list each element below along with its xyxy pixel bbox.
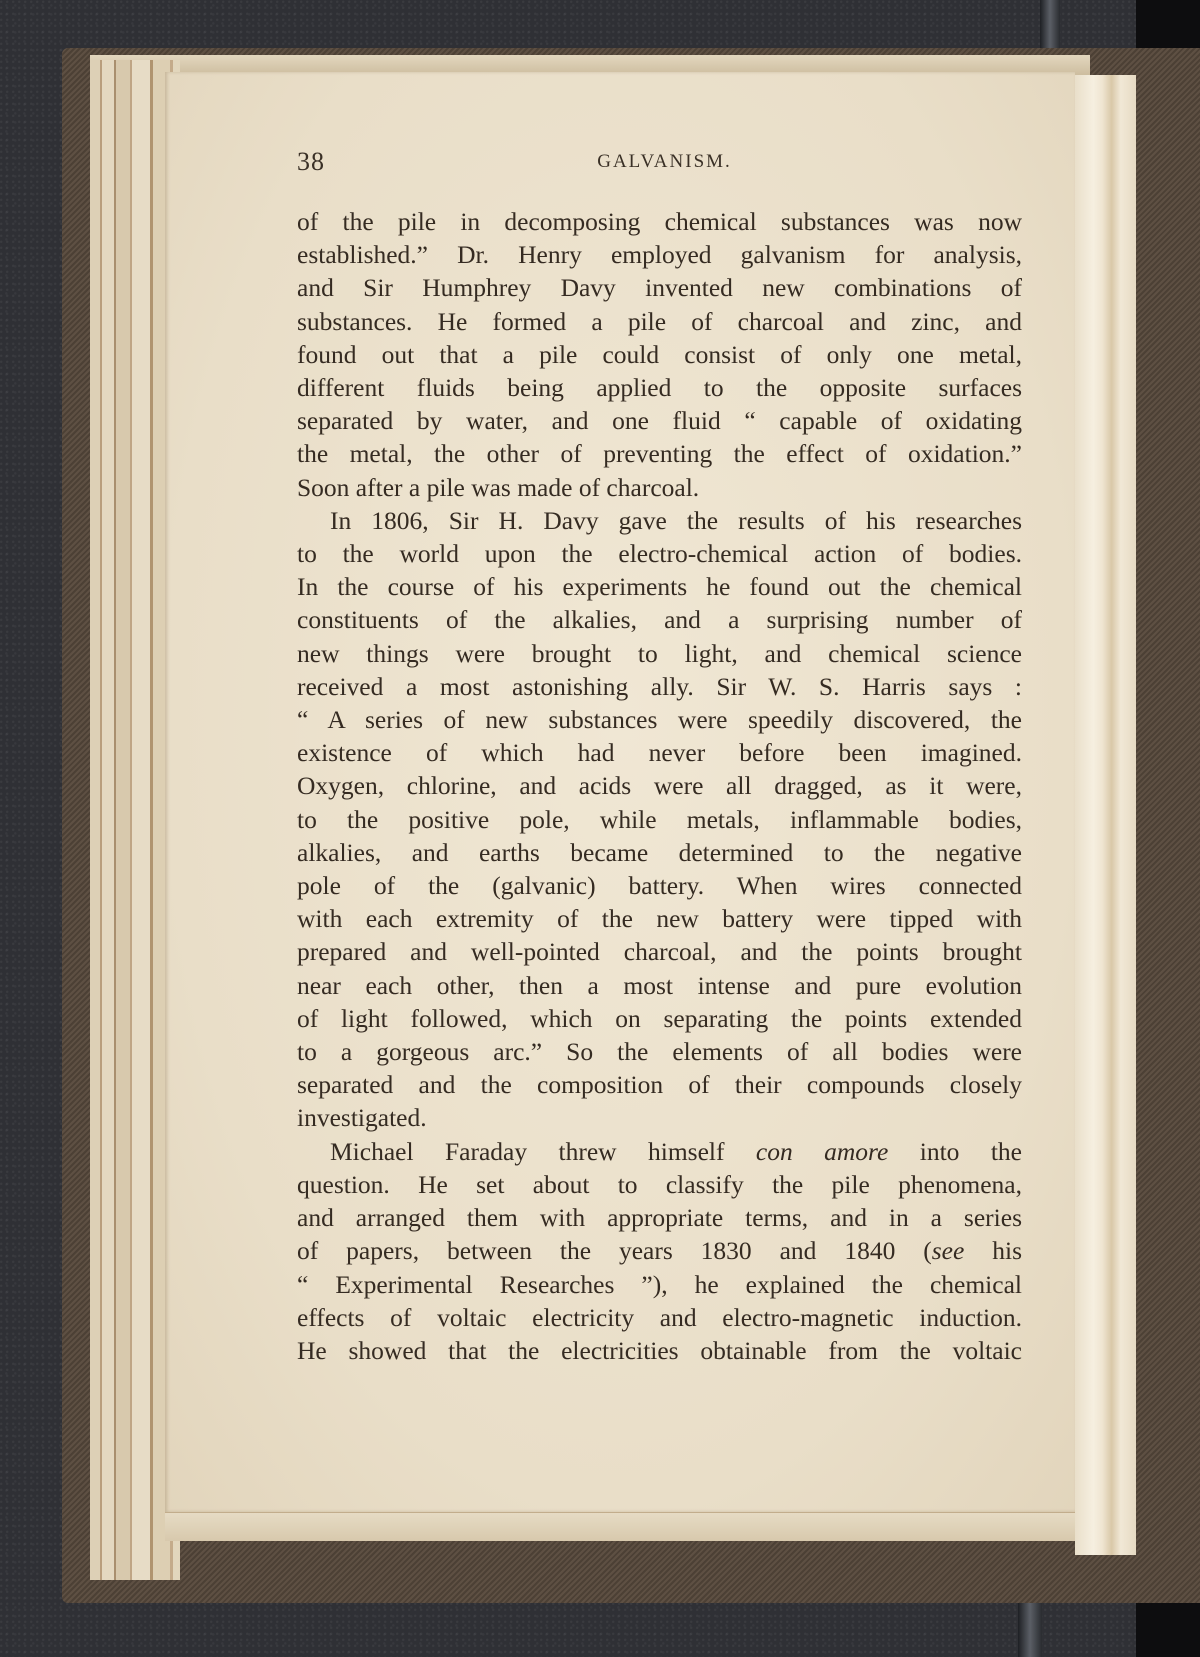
text-line: established.” Dr. Henry employed galvani… xyxy=(297,238,1022,271)
text-line: prepared and well-pointed charcoal, and … xyxy=(297,935,1022,968)
text-line: near each other, then a most intense and… xyxy=(297,969,1022,1002)
text-line: constituents of the alkalies, and a surp… xyxy=(297,603,1022,636)
text-line: of light followed, which on separating t… xyxy=(297,1002,1022,1035)
text-line: different fluids being applied to the op… xyxy=(297,371,1022,404)
text-line: “ A series of new substances were speedi… xyxy=(297,703,1022,736)
text-span: of papers, between the years 1830 and 18… xyxy=(297,1236,932,1265)
paragraph-1: of the pile in decomposing chemical subs… xyxy=(297,205,1022,504)
text-line: question. He set about to classify the p… xyxy=(297,1168,1022,1201)
text-line: of papers, between the years 1830 and 18… xyxy=(297,1234,1022,1267)
text-line: Oxygen, chlorine, and acids were all dra… xyxy=(297,769,1022,802)
text-line: received a most astonishing ally. Sir W.… xyxy=(297,670,1022,703)
text-line: separated and the composition of their c… xyxy=(297,1068,1022,1101)
text-line: “ Experimental Researches ”), he explain… xyxy=(297,1268,1022,1301)
text-line: investigated. xyxy=(297,1101,1022,1134)
paragraph-2: In 1806, Sir H. Davy gave the results of… xyxy=(297,504,1022,1135)
italic-phrase: con amore xyxy=(756,1137,888,1166)
text-line: In 1806, Sir H. Davy gave the results of… xyxy=(297,504,1022,537)
text-line: of the pile in decomposing chemical subs… xyxy=(297,205,1022,238)
text-line: Michael Faraday threw himself con amore … xyxy=(297,1135,1022,1168)
text-line: alkalies, and earths became determined t… xyxy=(297,836,1022,869)
text-line: and Sir Humphrey Davy invented new combi… xyxy=(297,271,1022,304)
text-line: Soon after a pile was made of charcoal. xyxy=(297,471,1022,504)
text-line: to the positive pole, while metals, infl… xyxy=(297,803,1022,836)
text-line: substances. He formed a pile of charcoal… xyxy=(297,305,1022,338)
text-line: found out that a pile could consist of o… xyxy=(297,338,1022,371)
running-head-title: GALVANISM. xyxy=(297,151,1032,173)
text-line: to the world upon the electro-chemical a… xyxy=(297,537,1022,570)
text-line: and arranged them with appropriate terms… xyxy=(297,1201,1022,1234)
italic-word: see xyxy=(932,1236,965,1265)
book-gutter xyxy=(1075,75,1136,1555)
text-line: existence of which had never before been… xyxy=(297,736,1022,769)
text-line: the metal, the other of preventing the e… xyxy=(297,437,1022,470)
text-span: Michael Faraday threw himself xyxy=(330,1137,756,1166)
text-line: effects of voltaic electricity and elect… xyxy=(297,1301,1022,1334)
text-span: his xyxy=(964,1236,1022,1265)
text-line: In the course of his experiments he foun… xyxy=(297,570,1022,603)
text-line: separated by water, and one fluid “ capa… xyxy=(297,404,1022,437)
page-bottom-edge xyxy=(165,1512,1075,1541)
text-line: new things were brought to light, and ch… xyxy=(297,637,1022,670)
text-line: He showed that the electricities obtaina… xyxy=(297,1334,1022,1367)
paragraph-3: Michael Faraday threw himself con amore … xyxy=(297,1135,1022,1367)
text-line: to a gorgeous arc.” So the elements of a… xyxy=(297,1035,1022,1068)
running-header: 38 GALVANISM. xyxy=(297,147,1032,183)
text-line: pole of the (galvanic) battery. When wir… xyxy=(297,869,1022,902)
body-text: of the pile in decomposing chemical subs… xyxy=(297,205,1022,1367)
text-line: with each extremity of the new battery w… xyxy=(297,902,1022,935)
book-support-rod-bottom xyxy=(1018,1600,1042,1657)
text-span: into the xyxy=(888,1137,1022,1166)
